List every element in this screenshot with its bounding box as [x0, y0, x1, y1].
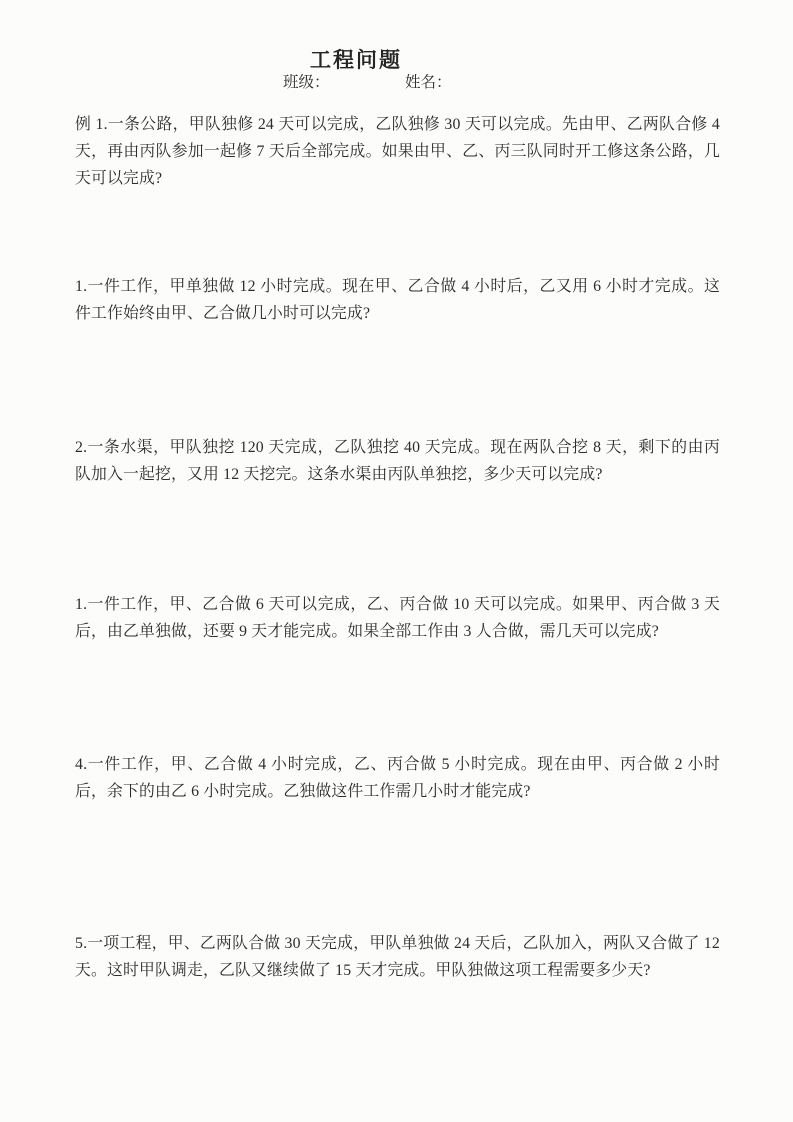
class-field-label: 班级：: [283, 70, 330, 92]
name-field-label: 姓名：: [405, 70, 452, 92]
problem-5: 5.一项工程，甲、乙两队合做 30 天完成，甲队单独做 24 天后，乙队加入，两…: [75, 930, 720, 984]
worksheet-page: 工程问题 班级： 姓名： 例 1.一条公路，甲队独修 24 天可以完成，乙队独修…: [0, 0, 793, 1122]
problem-3: 1.一件工作，甲、乙合做 6 天可以完成，乙、丙合做 10 天可以完成。如果甲、…: [75, 591, 720, 645]
problem-1: 1.一件工作，甲单独做 12 小时完成。现在甲、乙合做 4 小时后，乙又用 6 …: [75, 273, 720, 327]
problem-2: 2.一条水渠，甲队独挖 120 天完成，乙队独挖 40 天完成。现在两队合挖 8…: [75, 434, 720, 488]
problem-example-1: 例 1.一条公路，甲队独修 24 天可以完成，乙队独修 30 天可以完成。先由甲…: [75, 111, 720, 192]
class-name-row: 班级： 姓名：: [0, 70, 793, 92]
problem-4: 4.一件工作，甲、乙合做 4 小时完成，乙、丙合做 5 小时完成。现在由甲、丙合…: [75, 751, 720, 805]
